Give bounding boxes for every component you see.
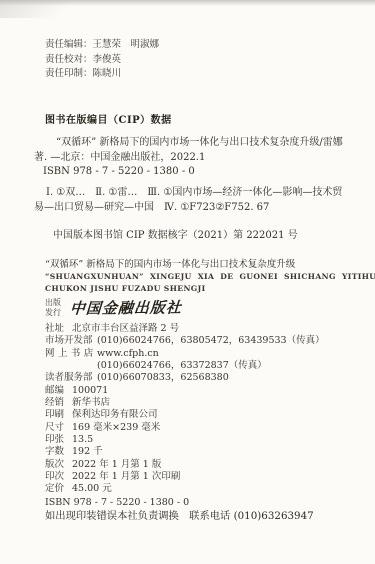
staff-line-proofreader: 责任校对：李俊英 (45, 53, 159, 68)
row-value: 169 毫米×239 毫米 (72, 422, 160, 434)
colophon-row-impression: 印次2022 年 1 月第 1 次印刷 (45, 471, 355, 483)
row-label: 读者服务部 (45, 372, 97, 384)
publisher-role-distribute: 发行 (45, 308, 61, 318)
row-label: 版次 (45, 459, 72, 471)
row-label: 社址 (45, 323, 72, 335)
staff-value: 陈晓川 (93, 68, 122, 79)
publisher-role-publish: 出版 (45, 298, 61, 308)
colophon-row-postcode: 邮编100071 (45, 385, 355, 397)
colophon-row-dimensions: 尺寸169 毫米×239 毫米 (45, 422, 355, 434)
row-label: 网上书店 (45, 348, 97, 360)
row-value: 2022 年 1 月第 1 版 (72, 459, 161, 471)
colophon-row-distributor: 经销新华书店 (45, 397, 355, 409)
row-value: 45.00 元 (72, 483, 112, 495)
row-value: 北京市丰台区益泽路 2 号 (72, 323, 179, 335)
row-value: www.cfph.cn (97, 348, 159, 360)
publisher-roles: 出版 发行 (45, 298, 61, 318)
photo-corner-shade (0, 0, 90, 18)
error-exchange-notice: 如出现印装错误本社负责调换 联系电话 (010)63263947 (45, 510, 355, 522)
colophon-row-online-bookstore-phone: (010)66024766，63372837（传真） (45, 360, 355, 372)
colophon-row-printing-company: 印刷保利达印务有限公司 (45, 409, 355, 421)
cip-heading: 图书在版编目（CIP）数据 (45, 111, 172, 126)
colophon-row-reader-service: 读者服务部(010)66070833，62568380 (45, 372, 355, 384)
row-value: (010)66024766，63805472，63439533（传真） (97, 335, 325, 347)
colophon-row-word-count: 字数192 千 (45, 446, 355, 458)
row-label: 印张 (45, 434, 72, 446)
row-value: 100071 (72, 385, 108, 397)
row-label: 市场开发部 (45, 335, 97, 347)
row-value: 192 千 (72, 446, 103, 458)
staff-label: 责任校对： (45, 54, 93, 65)
colophon-rows: 社址北京市丰台区益泽路 2 号 市场开发部(010)66024766，63805… (45, 323, 355, 523)
book-copyright-page: 责任编辑：王慧荣 明淑娜 责任校对：李俊英 责任印制：陈晓川 图书在版编目（CI… (0, 0, 375, 564)
staff-credits: 责任编辑：王慧荣 明淑娜 责任校对：李俊英 责任印制：陈晓川 (45, 38, 159, 82)
row-label: 印刷 (45, 409, 72, 421)
row-label: 定价 (45, 483, 72, 495)
cip-record-number: 中国版本图书馆 CIP 数据核字（2021）第 222021 号 (53, 226, 298, 241)
colophon-row-online-bookstore: 网上书店www.cfph.cn (45, 348, 355, 360)
row-label: 字数 (45, 446, 72, 458)
staff-value: 李俊英 (93, 54, 122, 65)
colophon-row-address: 社址北京市丰台区益泽路 2 号 (45, 323, 355, 335)
book-title-pinyin-line1: “SHUANGXUNHUAN” XINGEJU XIA DE GUONEI SH… (45, 272, 375, 281)
row-value: (010)66024766，63372837（传真） (97, 360, 267, 372)
row-label: 印次 (45, 471, 72, 483)
colophon-row-price: 定价45.00 元 (45, 483, 355, 495)
staff-label: 责任编辑： (45, 39, 93, 50)
staff-line-printer: 责任印制：陈晓川 (45, 67, 159, 82)
colophon-row-sheets: 印张13.5 (45, 434, 355, 446)
cip-isbn: ISBN 978 - 7 - 5220 - 1380 - 0 (43, 166, 195, 177)
row-value: 保利达印务有限公司 (72, 409, 158, 421)
publisher-logotype: 中国金融出版社 (69, 297, 182, 319)
staff-label: 责任印制： (45, 68, 93, 79)
row-label (45, 360, 97, 372)
book-title-pinyin-line2: CHUKON JISHU FUZADU SHENGJI (45, 284, 206, 293)
row-label: 经销 (45, 397, 72, 409)
row-value: 2022 年 1 月第 1 次印刷 (72, 471, 180, 483)
staff-value: 王慧荣 明淑娜 (93, 39, 160, 50)
staff-line-editor: 责任编辑：王慧荣 明淑娜 (45, 38, 159, 53)
isbn-line: ISBN 978 - 7 - 5220 - 1380 - 0 (45, 497, 355, 509)
row-label: 邮编 (45, 385, 72, 397)
book-title: “双循环” 新格局下的国内市场一体化与出口技术复杂度升级 (45, 256, 295, 270)
row-value: 13.5 (72, 434, 93, 446)
colophon-row-marketing-dept: 市场开发部(010)66024766，63805472，63439533（传真） (45, 335, 355, 347)
publisher-block: 出版 发行 中国金融出版社 (45, 297, 182, 318)
row-label: 尺寸 (45, 422, 72, 434)
colophon-row-edition: 版次2022 年 1 月第 1 版 (45, 459, 355, 471)
cip-entry: “双循环” 新格局下的国内市场一体化与出口技术复杂度升级/雷娜著. —北京：中国… (34, 136, 346, 165)
row-value: (010)66070833，62568380 (97, 372, 229, 384)
row-value: 新华书店 (72, 397, 110, 409)
cip-classification: Ⅰ. ①双… Ⅱ. ①雷… Ⅲ. ①国内市场—经济一体化—影响—技术贸易—出口贸… (34, 186, 346, 216)
